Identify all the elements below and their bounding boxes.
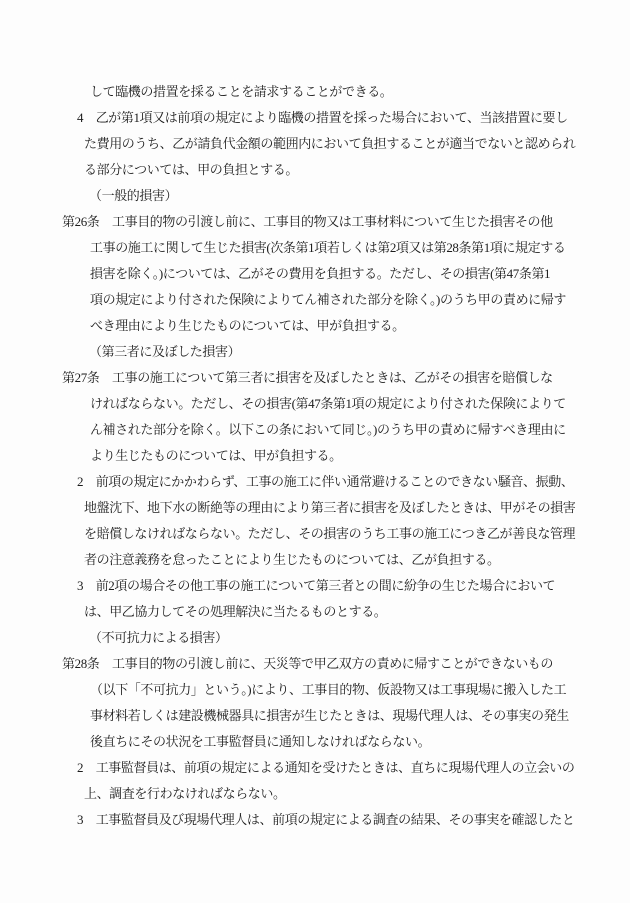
text-line: 地盤沈下、地下水の断絶等の理由により第三者に損害を及ぼしたときは、甲がその損害 (0, 495, 630, 521)
text-line: ん補された部分を除く。以下この条において同じ。)のうち甲の責めに帰すべき理由に (0, 417, 630, 443)
text-line: 工事の施工に関して生じた損害(次条第1項若しくは第2項又は第28条第1項に規定す… (0, 235, 630, 261)
text-line: 第26条 工事目的物の引渡し前に、工事目的物又は工事材料について生じた損害その他 (0, 209, 630, 235)
text-line: 第28条 工事目的物の引渡し前に、天災等で甲乙双方の責めに帰すことができないもの (0, 651, 630, 677)
text-line: （第三者に及ぼした損害） (0, 339, 630, 365)
text-line: 項の規定により付された保険によりてん補された部分を除く。)のうち甲の責めに帰す (0, 287, 630, 313)
text-line: （以下「不可抗力」という。)により、工事目的物、仮設物又は工事現場に搬入した工 (0, 677, 630, 703)
text-line: 損害を除く。)については、乙がその費用を負担する。ただし、その損害(第47条第1 (0, 261, 630, 287)
text-line: 上、調査を行わなければならない。 (0, 781, 630, 807)
contract-body: して臨機の措置を採ることを請求することができる。4 乙が第1項又は前項の規定によ… (0, 0, 630, 833)
text-line: 3 工事監督員及び現場代理人は、前項の規定による調査の結果、その事実を確認したと (0, 807, 630, 833)
text-line: 3 前2項の場合その他工事の施工について第三者との間に紛争の生じた場合において (0, 573, 630, 599)
text-line: る部分については、甲の負担とする。 (0, 157, 630, 183)
text-line: 事材料若しくは建設機械器具に損害が生じたときは、現場代理人は、その事実の発生 (0, 703, 630, 729)
text-line: を賠償しなければならない。ただし、その損害のうち工事の施工につき乙が善良な管理 (0, 521, 630, 547)
text-line: して臨機の措置を採ることを請求することができる。 (0, 79, 630, 105)
text-line: 第27条 工事の施工について第三者に損害を及ぼしたときは、乙がその損害を賠償しな (0, 365, 630, 391)
text-line: （一般的損害） (0, 183, 630, 209)
text-line: 2 前項の規定にかかわらず、工事の施工に伴い通常避けることのできない騒音、振動、 (0, 469, 630, 495)
text-line: は、甲乙協力してその処理解決に当たるものとする。 (0, 599, 630, 625)
text-line: べき理由により生じたものについては、甲が負担する。 (0, 313, 630, 339)
text-line: 者の注意義務を怠ったことにより生じたものについては、乙が負担する。 (0, 547, 630, 573)
text-line: ければならない。ただし、その損害(第47条第1項の規定により付された保険によりて (0, 391, 630, 417)
text-line: 2 工事監督員は、前項の規定による通知を受けたときは、直ちに現場代理人の立会いの (0, 755, 630, 781)
text-line: 後直ちにその状況を工事監督員に通知しなければならない。 (0, 729, 630, 755)
text-line: （不可抗力による損害） (0, 625, 630, 651)
text-line: た費用のうち、乙が請負代金額の範囲内において負担することが適当でないと認められ (0, 131, 630, 157)
text-line: より生じたものについては、甲が負担する。 (0, 443, 630, 469)
contract-page: して臨機の措置を採ることを請求することができる。4 乙が第1項又は前項の規定によ… (0, 0, 630, 903)
text-line: 4 乙が第1項又は前項の規定により臨機の措置を採った場合において、当該措置に要し (0, 105, 630, 131)
